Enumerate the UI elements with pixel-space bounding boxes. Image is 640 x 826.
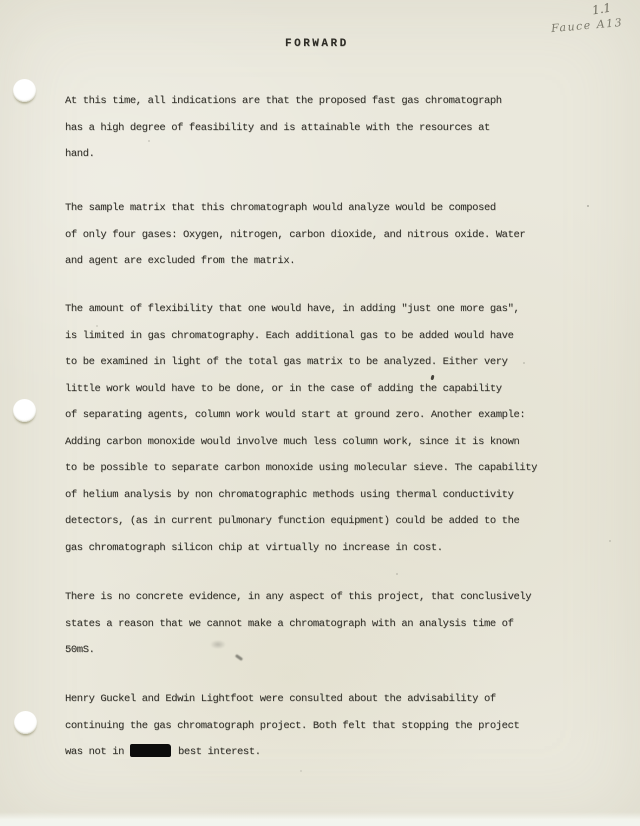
handwritten-note: Fauce A13: [551, 16, 624, 35]
text-line: continuing the gas chromatograph project…: [65, 713, 605, 740]
text-line: to be examined in light of the total gas…: [65, 349, 605, 376]
text-line-redacted: was not inbest interest.: [65, 739, 605, 766]
paragraph-feasibility: At this time, all indications are that t…: [65, 88, 605, 168]
hole-punch-top: [13, 79, 36, 102]
text-line: gas chromatograph silicon chip at virtua…: [65, 535, 605, 562]
paragraph-flexibility: The amount of flexibility that one would…: [65, 296, 605, 561]
text-line: of helium analysis by non chromatographi…: [65, 482, 605, 509]
paragraph-consultation: Henry Guckel and Edwin Lightfoot were co…: [65, 686, 605, 766]
redaction-bar: [130, 744, 171, 757]
redacted-line-after: best interest.: [178, 746, 261, 758]
text-line: Adding carbon monoxide would involve muc…: [65, 429, 605, 456]
text-line: There is no concrete evidence, in any as…: [65, 584, 605, 611]
text-line: hand.: [65, 141, 605, 168]
text-line: has a high degree of feasibility and is …: [65, 115, 605, 142]
paragraph-sample-matrix: The sample matrix that this chromatograp…: [65, 195, 605, 275]
text-line: is limited in gas chromatography. Each a…: [65, 323, 605, 350]
handwritten-page-number: 1.1: [591, 1, 612, 18]
scanned-document-page: 1.1 Fauce A13 FORWARD At this time, all …: [0, 0, 640, 826]
ink-smudge: [210, 640, 226, 649]
page-bottom-edge: [0, 812, 640, 826]
hole-punch-bottom: [14, 711, 37, 734]
text-line: and agent are excluded from the matrix.: [65, 248, 605, 275]
paragraph-no-evidence: There is no concrete evidence, in any as…: [65, 584, 605, 664]
text-line: 50mS.: [65, 637, 605, 664]
paper-specks: [0, 0, 2, 2]
page-title: FORWARD: [285, 38, 349, 50]
text-line: The sample matrix that this chromatograp…: [65, 195, 605, 222]
text-line: states a reason that we cannot make a ch…: [65, 611, 605, 638]
text-line: of only four gases: Oxygen, nitrogen, ca…: [65, 222, 605, 249]
text-line: detectors, (as in current pulmonary func…: [65, 508, 605, 535]
text-line: of separating agents, column work would …: [65, 402, 605, 429]
text-line: The amount of flexibility that one would…: [65, 296, 605, 323]
text-line: to be possible to separate carbon monoxi…: [65, 455, 605, 482]
redacted-line-before: was not in: [65, 746, 124, 758]
text-line: Henry Guckel and Edwin Lightfoot were co…: [65, 686, 605, 713]
text-line: little work would have to be done, or in…: [65, 376, 605, 403]
hole-punch-middle: [13, 399, 36, 422]
text-line: At this time, all indications are that t…: [65, 88, 605, 115]
